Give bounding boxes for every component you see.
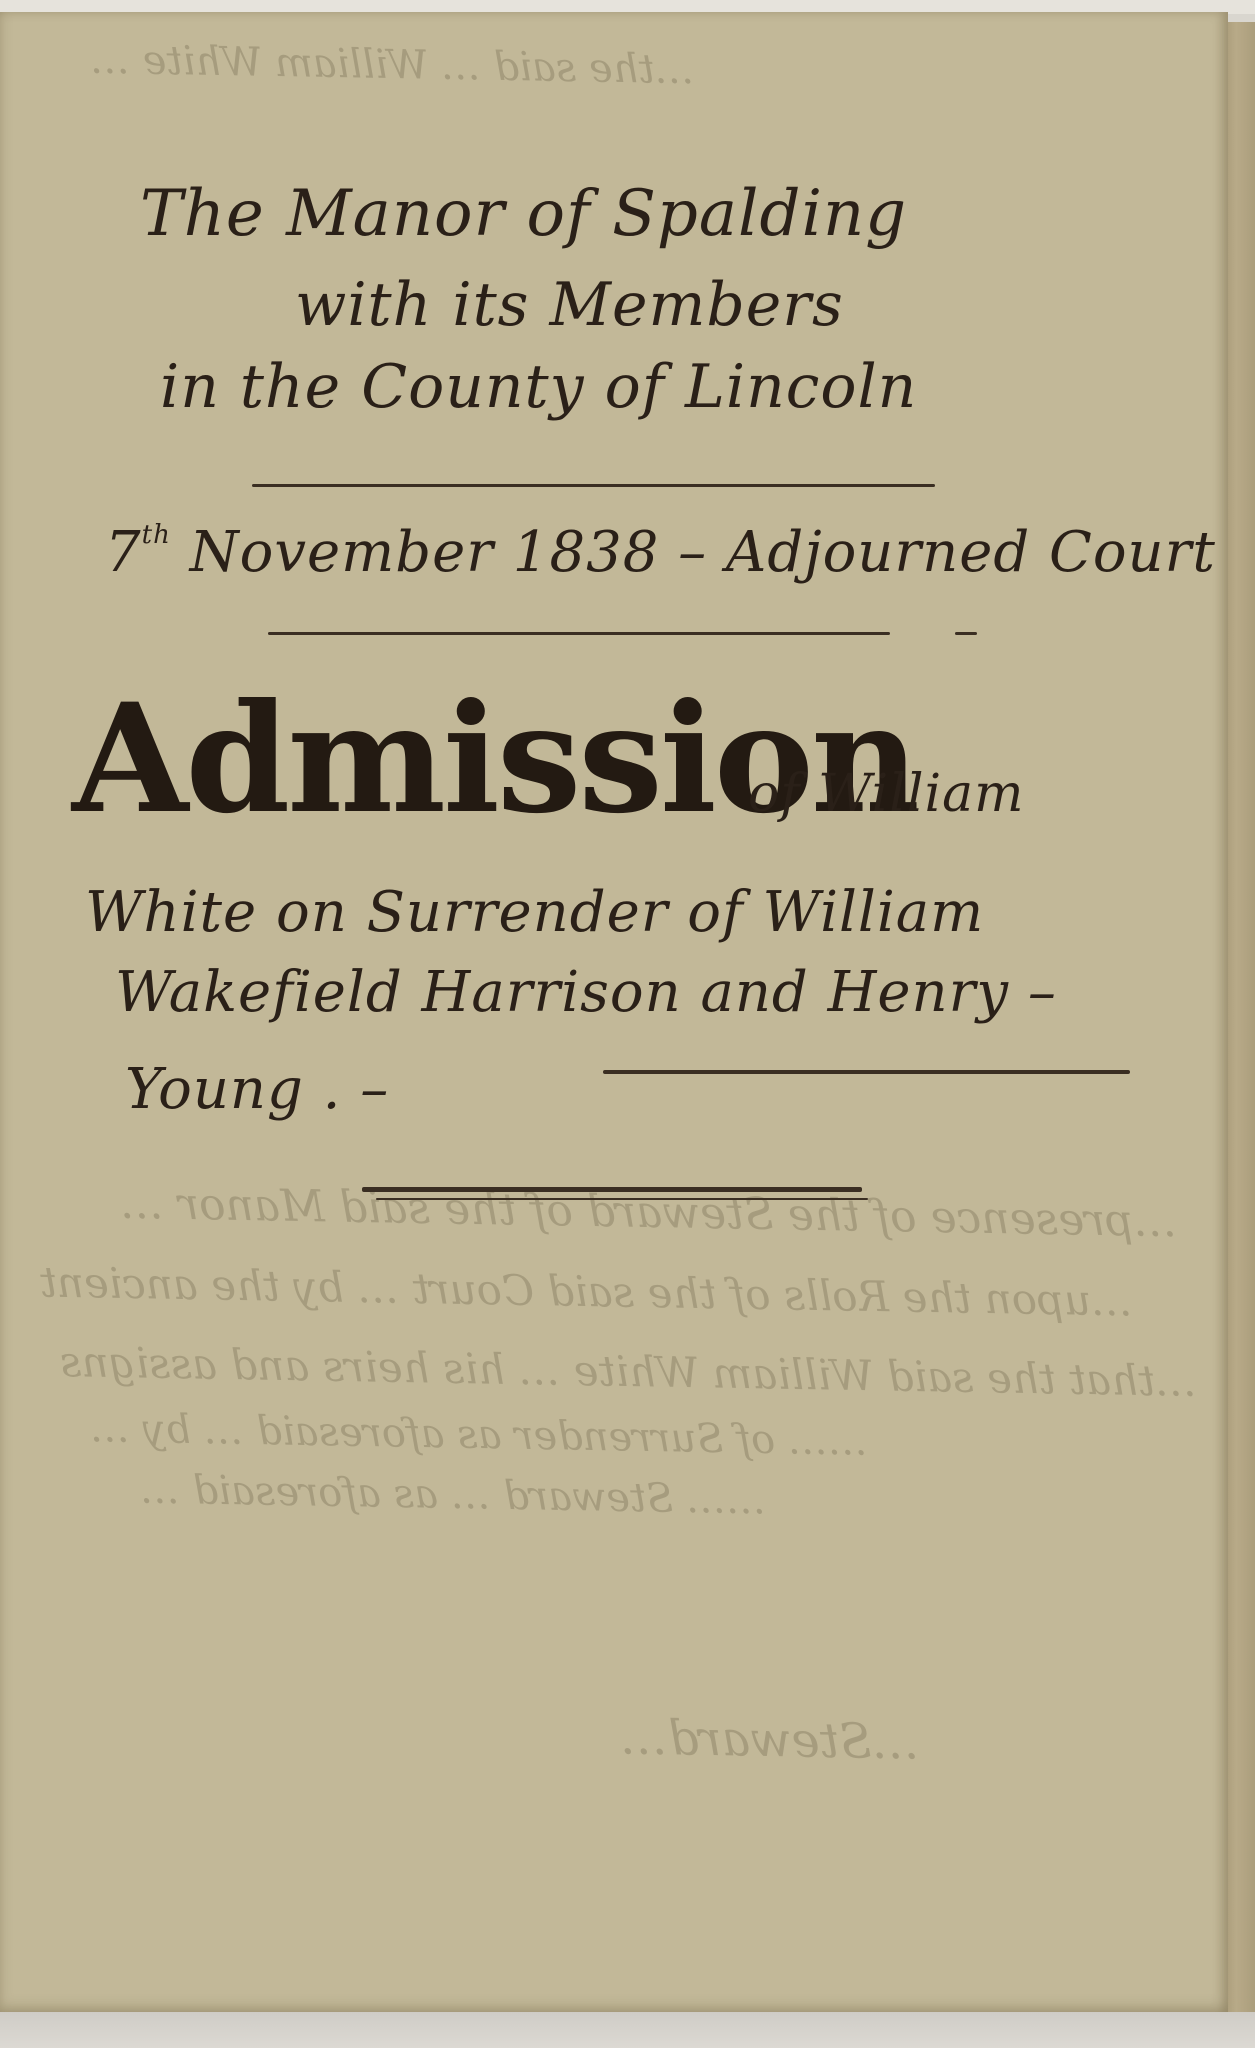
divider-rule [252,484,935,487]
bleed-through-text: …… Steward … as aforesaid … [140,1467,767,1524]
closing-double-rule-bottom [376,1198,868,1200]
background-surface-bottom [0,2012,1255,2048]
bleed-through-text: …upon the Rolls of the said Court … by t… [40,1257,1134,1325]
bleed-through-text: …… of Surrender as aforesaid … by … [90,1405,869,1465]
divider-rule [268,632,890,635]
body-line-1: White on Surrender of William [85,880,984,945]
bleed-through-text: …Steward… [620,1709,921,1770]
date-ordinal: th [142,520,171,550]
line-filler-rule [603,1070,1130,1074]
body-line-3: Young . – [125,1057,389,1122]
closing-double-rule-top [362,1187,862,1192]
date-rest: November 1838 – Adjourned Court [190,520,1216,585]
heading-members: with its Members [295,270,844,340]
admission-continuation: of William [748,764,1024,824]
date-day: 7 [105,520,142,585]
body-line-2: Wakefield Harrison and Henry – [115,960,1057,1025]
bleed-through-text: …that the said William White … his heirs… [60,1337,1198,1406]
bleed-through-text: …the said … William White … [90,37,695,94]
heading-county: in the County of Lincoln [160,352,917,422]
divider-rule-dash [955,632,977,635]
parchment-page: …the said … William White … …presence of… [0,12,1228,2015]
heading-manor: The Manor of Spalding [140,177,907,251]
court-date-line: 7th November 1838 – Adjourned Court [105,520,1216,585]
